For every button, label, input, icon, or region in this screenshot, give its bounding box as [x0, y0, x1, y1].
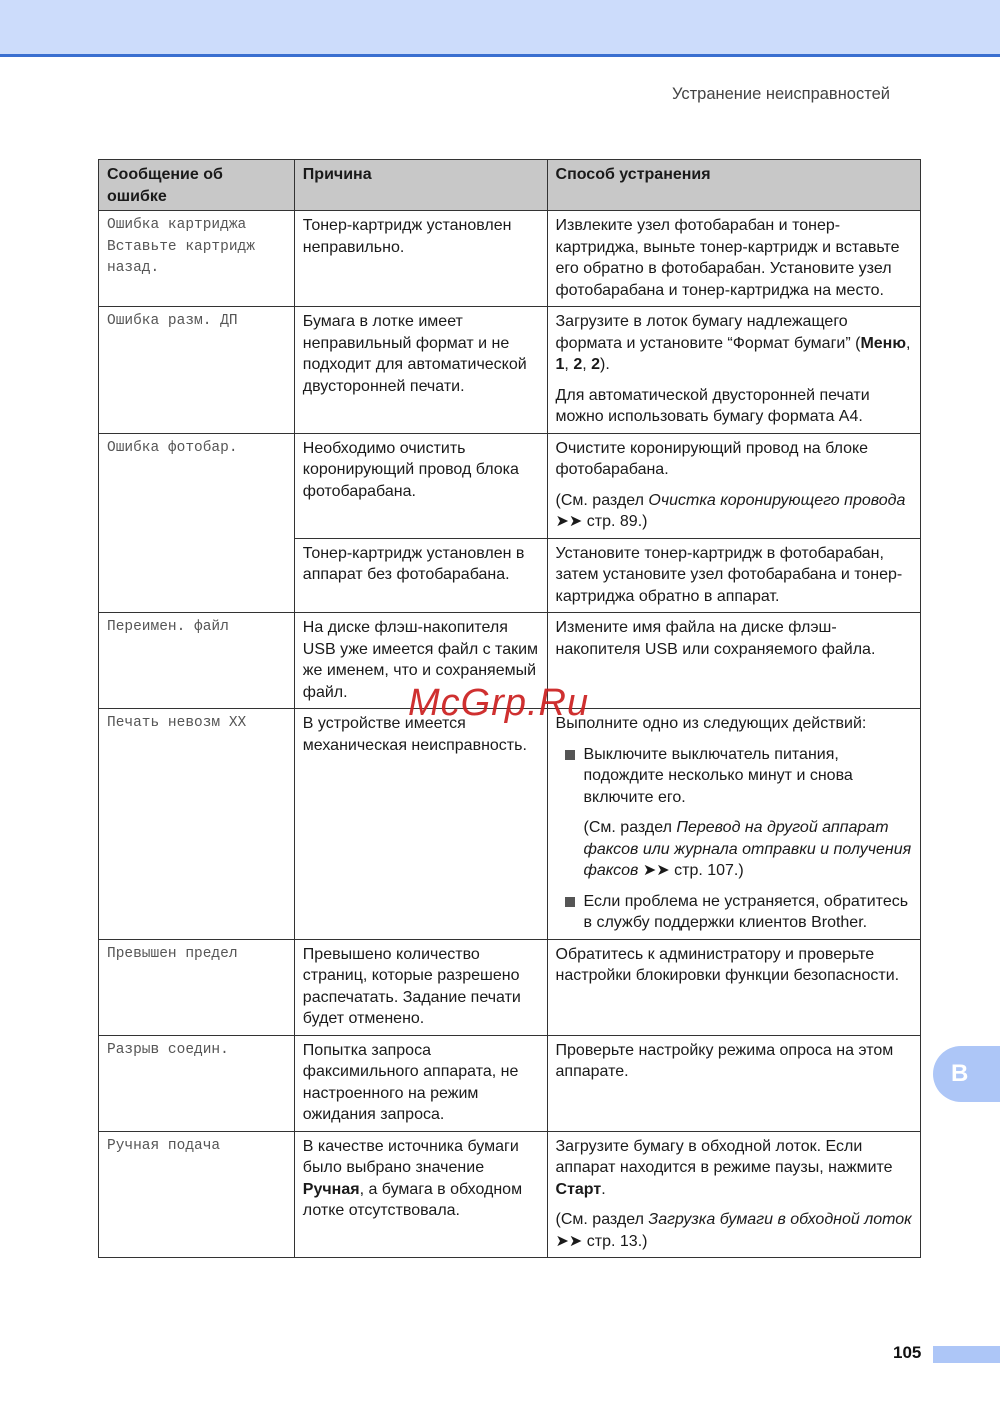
reference-link[interactable]: Загрузка бумаги в обходной лоток — [648, 1211, 911, 1228]
remedy: Очистите коронирующий провод на блоке фо… — [547, 433, 920, 538]
table-row: Ручная подача В качестве источника бумаг… — [99, 1131, 921, 1258]
bullet-item: Выключите выключатель питания, подождите… — [556, 744, 912, 809]
cause: В устройстве имеется механическая неиспр… — [294, 709, 547, 940]
page-number: 105 — [893, 1343, 921, 1363]
table-row: Ошибка фотобар. Необходимо очистить коро… — [99, 433, 921, 538]
top-banner — [0, 0, 1000, 57]
error-message: Превышен предел — [99, 939, 295, 1035]
running-head: Устранение неисправностей — [672, 85, 890, 104]
table-row: Ошибка разм. ДП Бумага в лотке имеет неп… — [99, 307, 921, 434]
cause: Превышено количество страниц, которые ра… — [294, 939, 547, 1035]
double-arrow-icon: ➤➤ — [556, 1233, 583, 1250]
cause: Попытка запроса факсимильного аппарата, … — [294, 1035, 547, 1131]
table-row: Разрыв соедин. Попытка запроса факсимиль… — [99, 1035, 921, 1131]
error-message: Ошибка картриджа Вставьте картридж назад… — [99, 211, 295, 307]
bullet-square-icon — [565, 897, 575, 907]
error-message: Ошибка разм. ДП — [99, 307, 295, 434]
double-arrow-icon: ➤➤ — [556, 513, 583, 530]
header-message: Сообщение об ошибке — [99, 160, 295, 211]
bullet-square-icon — [565, 750, 575, 760]
double-arrow-icon: ➤➤ — [643, 862, 670, 879]
remedy: Установите тонер-картридж в фотобарабан,… — [547, 538, 920, 613]
watermark: McGrp.Ru — [408, 682, 589, 725]
cause: Бумага в лотке имеет неправильный формат… — [294, 307, 547, 434]
remedy: Извлеките узел фотобарабан и тонер-картр… — [547, 211, 920, 307]
error-message: Печать невозм XX — [99, 709, 295, 940]
table-header-row: Сообщение об ошибке Причина Способ устра… — [99, 160, 921, 211]
remedy: Обратитесь к администратору и проверьте … — [547, 939, 920, 1035]
cross-reference: (См. раздел Перевод на другой аппарат фа… — [584, 817, 912, 882]
remedy: Измените имя файла на диске флэш-накопит… — [547, 613, 920, 709]
chapter-tab[interactable]: B — [933, 1046, 1000, 1102]
table-row: Превышен предел Превышено количество стр… — [99, 939, 921, 1035]
cause: Тонер-картридж установлен неправильно. — [294, 211, 547, 307]
cross-reference: (См. раздел Очистка коронирующего провод… — [556, 490, 912, 533]
remedy: Загрузите в лоток бумагу надлежащего фор… — [547, 307, 920, 434]
cause: В качестве источника бумаги было выбрано… — [294, 1131, 547, 1258]
error-message: Ошибка фотобар. — [99, 433, 295, 613]
cause: Тонер-картридж установлен в аппарат без … — [294, 538, 547, 613]
cross-reference: (См. раздел Загрузка бумаги в обходной л… — [556, 1209, 912, 1252]
page-number-bar — [933, 1346, 1000, 1363]
header-cause: Причина — [294, 160, 547, 211]
table-row: Ошибка картриджа Вставьте картридж назад… — [99, 211, 921, 307]
remedy: Проверьте настройку режима опроса на это… — [547, 1035, 920, 1131]
remedy: Загрузите бумагу в обходной лоток. Если … — [547, 1131, 920, 1258]
cause: Необходимо очистить коронирующий провод … — [294, 433, 547, 538]
bullet-item: Если проблема не устраняется, обратитесь… — [556, 891, 912, 934]
remedy: Выполните одно из следующих действий: Вы… — [547, 709, 920, 940]
table-row: Печать невозм XX В устройстве имеется ме… — [99, 709, 921, 940]
error-message: Переимен. файл — [99, 613, 295, 709]
header-remedy: Способ устранения — [547, 160, 920, 211]
error-message: Разрыв соедин. — [99, 1035, 295, 1131]
error-message: Ручная подача — [99, 1131, 295, 1258]
reference-link[interactable]: Очистка коронирующего провода — [648, 492, 905, 509]
